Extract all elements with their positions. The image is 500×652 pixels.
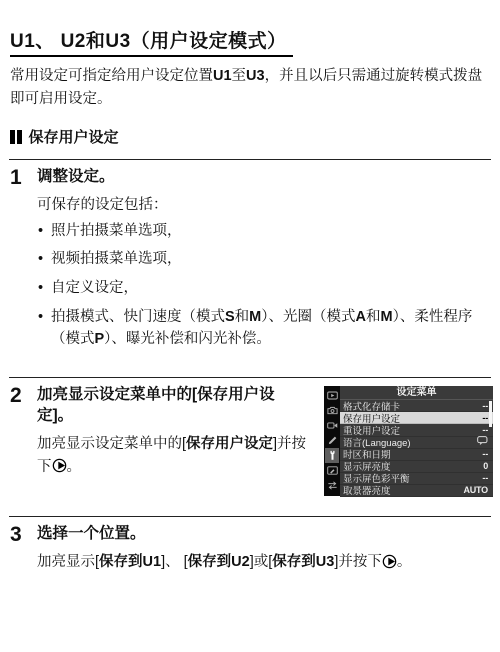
step-2-number: 2: [10, 384, 37, 496]
video-camera-icon: [325, 418, 339, 433]
step-2: 2 加亮显示设定菜单中的[保存用户设定]。 加亮显示设定菜单中的[保存用户设定]…: [9, 378, 491, 504]
manual-page: U1、 U2和U3（用户设定模式） 常用设定可指定给用户设定位置U1至U3，并且…: [0, 0, 500, 582]
list-item: 自定义设定，: [37, 278, 491, 300]
step-2-body: 加亮显示设定菜单中的[保存用户设定]并按下。: [37, 433, 309, 478]
step-1-number: 1: [10, 166, 37, 357]
wrench-icon: [325, 448, 339, 463]
list-item: 视频拍摄菜单选项，: [37, 249, 491, 271]
pencil-icon: [325, 433, 339, 448]
step-1-intro: 可保存的设定包括：: [37, 194, 491, 216]
my-menu-icon: [325, 478, 339, 493]
section-title: 保存用户设定: [29, 126, 119, 147]
step-3-heading: 选择一个位置。: [37, 524, 491, 545]
page-title: U1、 U2和U3（用户设定模式）: [10, 26, 293, 57]
press-right-icon: [382, 554, 397, 569]
step-3-body: 加亮显示[保存到U1]、 [保存到U2]或[保存到U3]并按下。: [37, 551, 491, 573]
retouch-icon: [325, 463, 339, 478]
section-marker-icon: [10, 130, 22, 144]
step-1: 1 调整设定。 可保存的设定包括： 照片拍摄菜单选项， 视频拍摄菜单选项， 自定…: [9, 160, 491, 365]
menu-row: 取景器亮度AUTO: [340, 485, 493, 497]
step-1-heading: 调整设定。: [37, 167, 491, 188]
list-item: 拍摄模式、快门速度（模式S和M）、光圈（模式A和M）、柔性程序（模式P）、曝光补…: [37, 307, 491, 351]
camera-menu-sidebar: [324, 386, 340, 496]
camera-menu-panel: 设定菜单 格式化存储卡-- 保存用户设定-- 重设用户设定-- 语言(Langu…: [340, 386, 493, 496]
settings-bullet-list: 照片拍摄菜单选项， 视频拍摄菜单选项， 自定义设定， 拍摄模式、快门速度（模式S…: [37, 221, 491, 351]
menu-scrollbar: [489, 401, 492, 427]
press-right-icon: [52, 458, 67, 473]
speech-bubble-icon: [477, 436, 488, 448]
camera-menu-screenshot: 设定菜单 格式化存储卡-- 保存用户设定-- 重设用户设定-- 语言(Langu…: [324, 386, 493, 496]
intro-paragraph: 常用设定可指定给用户设定位置U1至U3，并且以后只需通过旋转模式拨盘即可启用设定…: [10, 65, 491, 110]
step-2-heading: 加亮显示设定菜单中的[保存用户设定]。: [37, 385, 283, 427]
step-3-number: 3: [10, 523, 37, 573]
playback-icon: [325, 388, 339, 403]
step-3: 3 选择一个位置。 加亮显示[保存到U1]、 [保存到U2]或[保存到U3]并按…: [9, 517, 491, 581]
camera-icon: [325, 403, 339, 418]
section-header: 保存用户设定: [10, 126, 491, 147]
list-item: 照片拍摄菜单选项，: [37, 221, 491, 243]
